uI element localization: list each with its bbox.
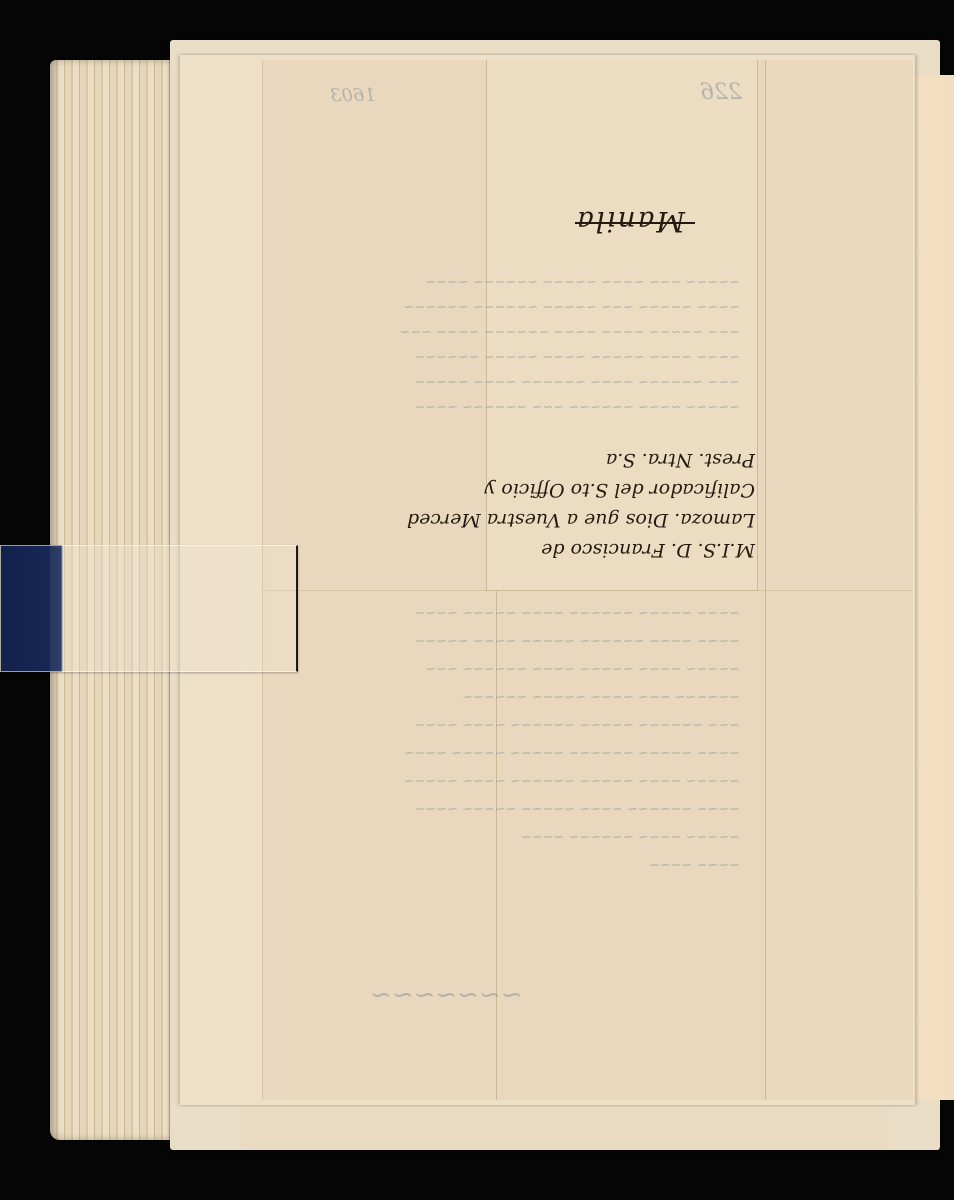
address-line: Lamoza. Dios gue a Vuestra Merced — [490, 505, 755, 535]
city-underline — [575, 222, 695, 224]
bleed-through-text-lower: ~~~~ ~~~~~ ~~~~~~ ~~~~ ~~~~~ ~~~~ ~~~~ ~… — [270, 600, 740, 880]
corner-number-bleed: 1603 — [330, 85, 376, 106]
signature-bleed: ~~~~~~~ — [370, 980, 523, 1010]
bleed-through-text-upper: ~~~~~ ~~~ ~~~~ ~~~~~ ~~~~~~ ~~~~ ~~~~ ~~… — [270, 270, 740, 420]
address-line: M.I.S. D. Francisco de — [490, 535, 755, 565]
address-line: Calificador del S.to Officio y — [490, 475, 755, 505]
transparent-clip — [0, 545, 298, 672]
vertical-fold — [765, 60, 766, 1100]
address-block: M.I.S. D. Francisco de Lamoza. Dios gue … — [490, 445, 755, 565]
address-line: Prest. Ntra. S.a — [490, 445, 755, 475]
folio-number-bleed: 226 — [700, 80, 742, 105]
